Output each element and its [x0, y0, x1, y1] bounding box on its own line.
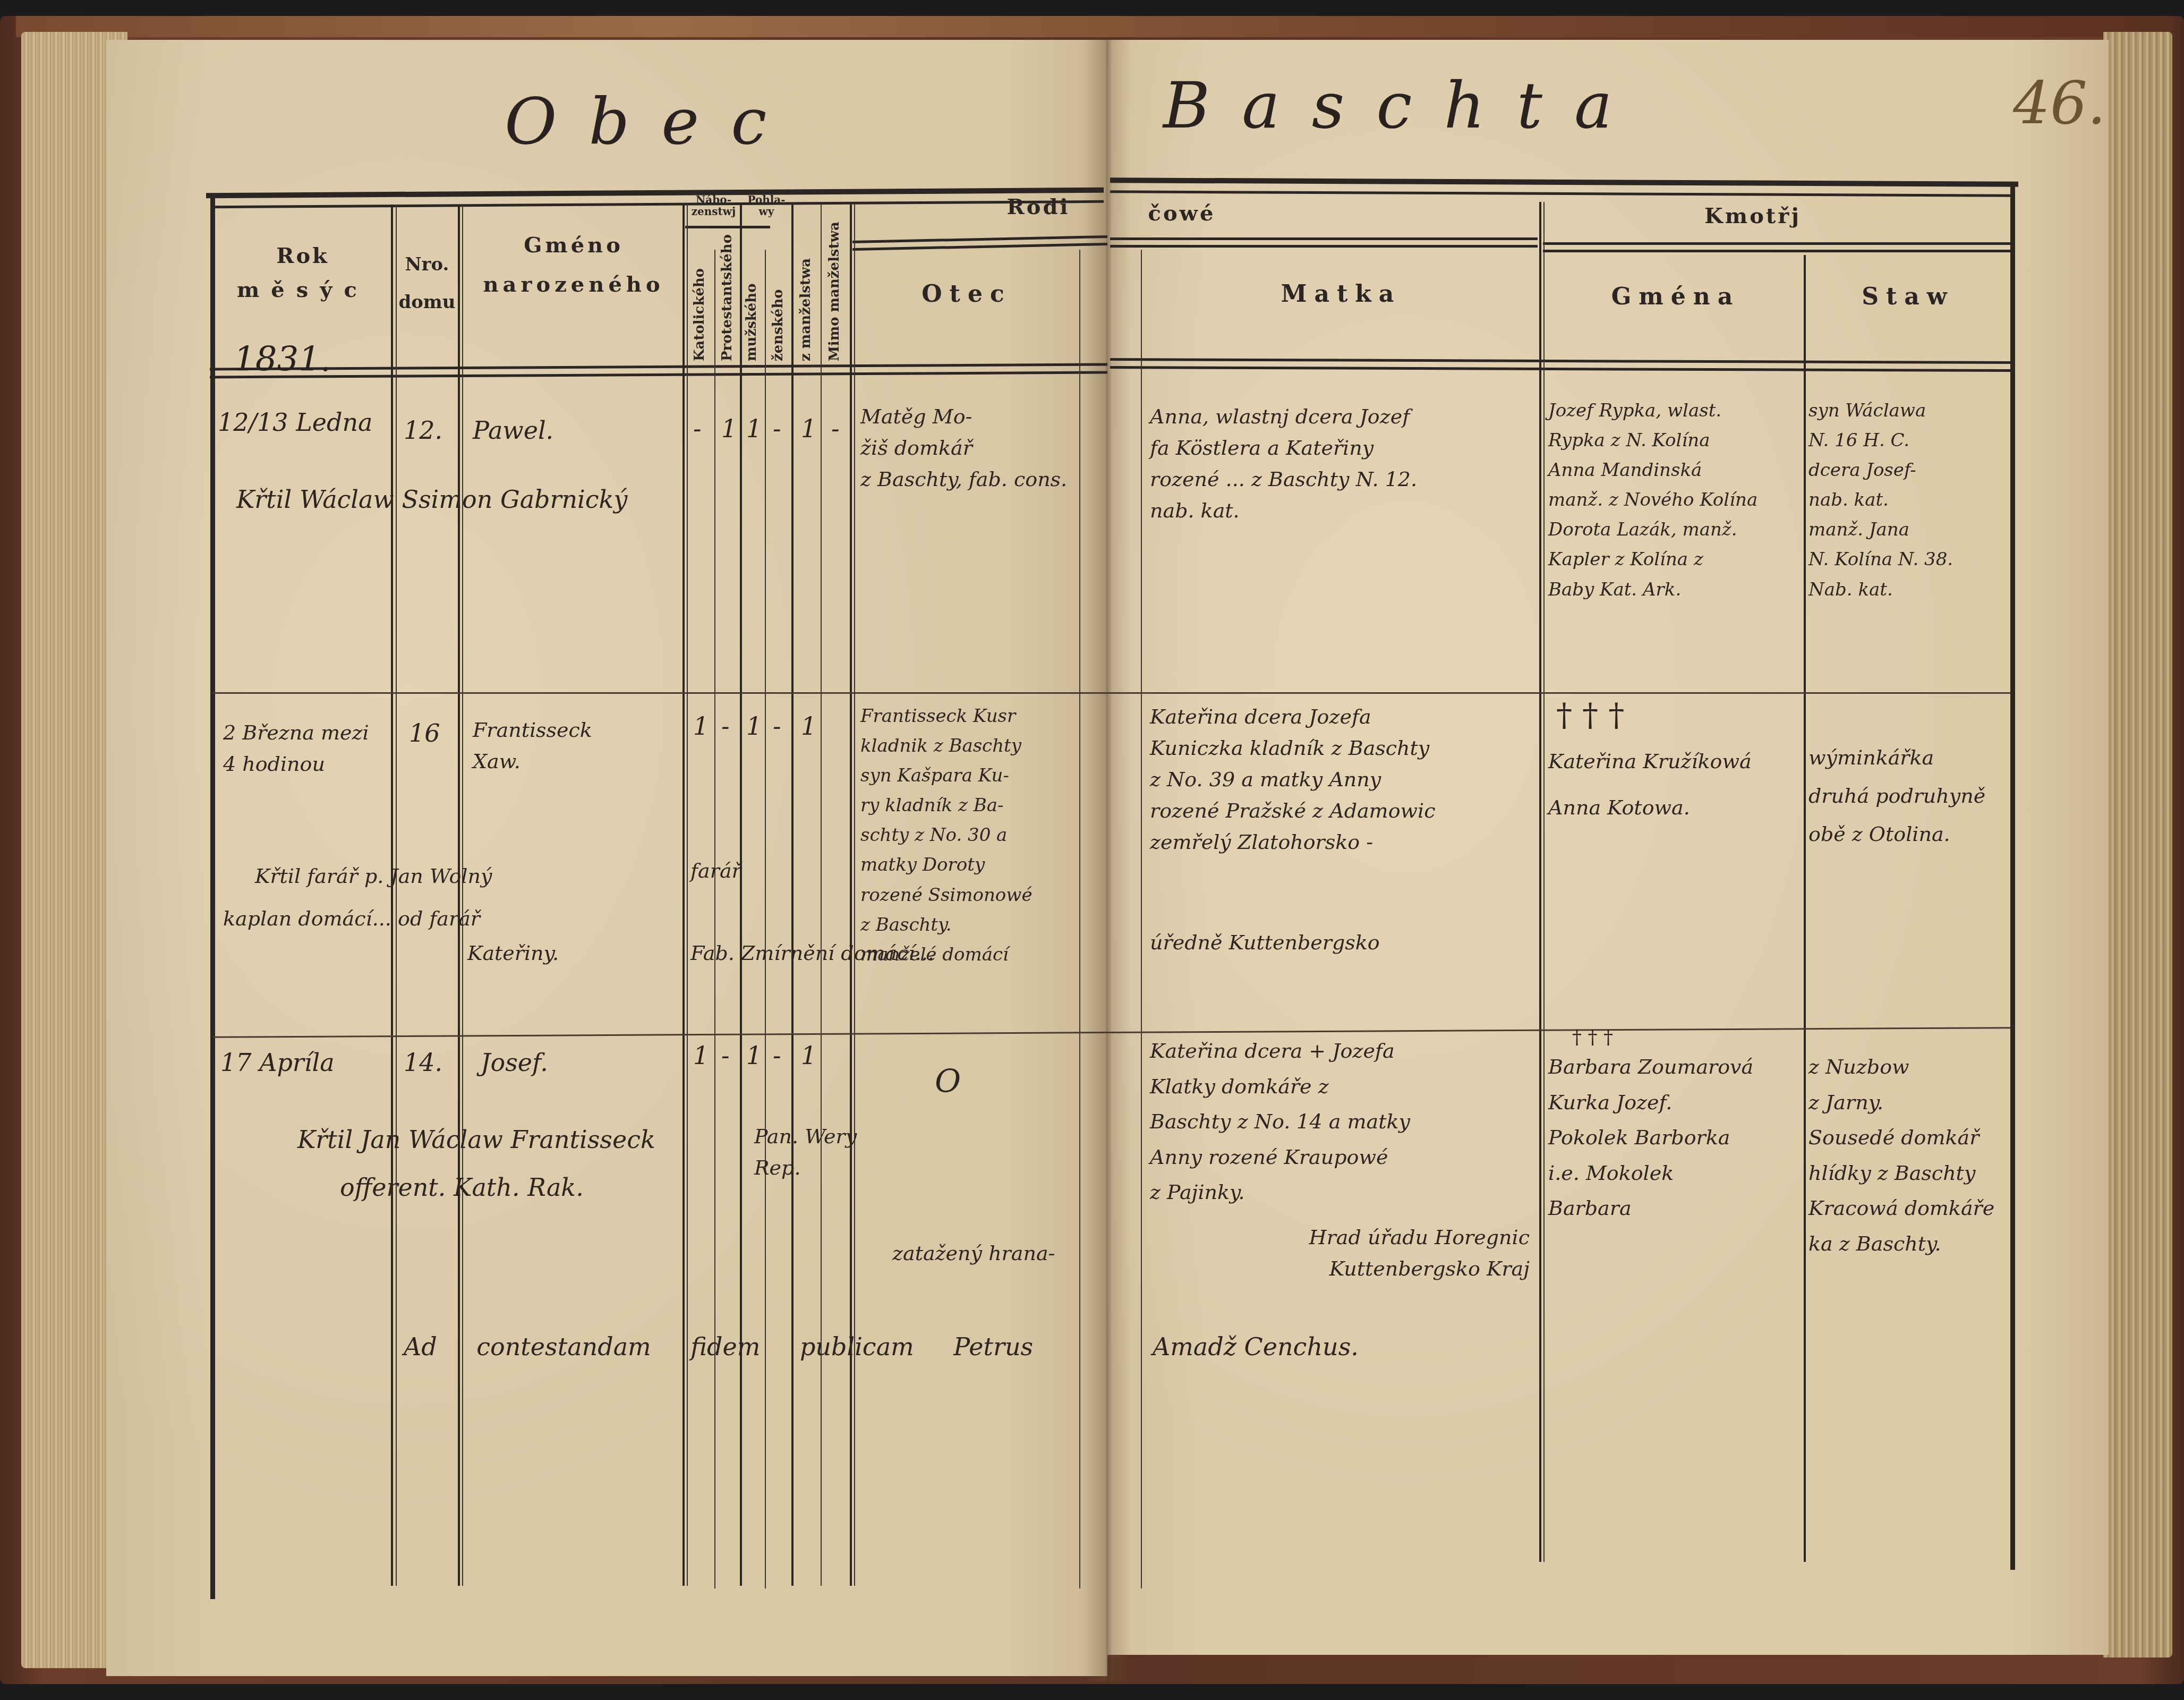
entry-3-mark-zenskeho: -	[773, 1041, 781, 1070]
header-katolickeho: Katolického	[692, 268, 707, 361]
nabozenstwi-sub-line	[685, 226, 770, 228]
header-protestantskeho: Protestantského	[719, 234, 735, 361]
col-sep-muz-zen	[765, 250, 766, 1588]
entry-1-mark-zenskeho: -	[773, 414, 781, 443]
entry-1-date: 12/13 Ledna	[218, 404, 372, 441]
book-gutter	[1084, 40, 1131, 1681]
col-sep-matka-gmena-2	[1543, 202, 1545, 1562]
entry-3-matka-note: Hrad úřadu Horegnic Kuttenbergsko Kraj	[1168, 1222, 1530, 1285]
entry-1-matka: Anna, wlastnj dcera Jozef fa Köstlera a …	[1150, 401, 1532, 526]
entry-3-matka: Kateřina dcera + Jozefa Klatky domkáře z…	[1150, 1033, 1532, 1210]
entry-2-date: 2 Března mezi 4 hodinou	[223, 717, 388, 780]
header-zenskeho: ženského	[770, 289, 786, 361]
col-sep-pohl-manz	[791, 205, 794, 1586]
entry-1-name: Pawel.	[473, 412, 553, 449]
page-stack-right	[2103, 32, 2172, 1657]
entry-2-otec: Frantisseck Kusr kladnik z Baschty syn K…	[860, 701, 1078, 970]
col-sep-manz-mimo	[821, 205, 822, 1586]
entry-2-mark-katolickeho: 1	[693, 712, 709, 741]
entry-3-name: Josef.	[481, 1044, 548, 1082]
entry-1-house-no: 12.	[404, 412, 442, 449]
kmotri-sub-line-2	[1543, 250, 2010, 252]
header-rok: Rok měsýc	[223, 244, 382, 302]
entry-2-baptism-note-a: Křtil farář p. Jan Wolný	[255, 861, 680, 892]
matka-left-line	[1141, 250, 1142, 1588]
entry-2-mark-protestantskeho: -	[721, 712, 730, 741]
entry-3-otec: O	[935, 1057, 961, 1107]
entry-3-crosses: † † †	[1572, 1023, 1613, 1052]
entry-2-name: Frantisseck Xaw.	[473, 715, 675, 777]
header-nro: Nro. domu	[397, 255, 457, 313]
entry-3-mark-katolickeho: 1	[693, 1041, 709, 1070]
col-sep-marks-otec	[850, 205, 852, 1586]
entry-2-house-no: 16	[409, 715, 440, 752]
entry-3-kmotri-gmena: Barbara Zoumarová Kurka Jozef. Pokolek B…	[1548, 1049, 1803, 1226]
page-number: 46.	[2013, 69, 2106, 137]
year-1831: 1831.	[234, 340, 331, 379]
entry-3-mark-muzskeho: 1	[746, 1041, 762, 1070]
title-village: Baschta	[1163, 69, 1644, 143]
attestation-right: Amadž Cenchus.	[1153, 1328, 1359, 1366]
header-gmeno-line2: narozeného	[467, 273, 680, 296]
header-matka: Matka	[1147, 282, 1535, 307]
header-rodicowe-b: čowé	[1147, 202, 1216, 225]
header-nabozenstwi: Nábo-zenstwj	[688, 194, 739, 217]
entry-2-matka-note: úředně Kuttenbergsko	[1150, 927, 1532, 958]
row-separator-1	[212, 692, 2010, 694]
header-rok-line1: Rok	[223, 244, 382, 268]
entry-2-side-note-a: farář	[690, 855, 741, 887]
header-rok-line2: měsýc	[223, 278, 382, 302]
entry-1-mark-z-manzelstwa: 1	[801, 414, 816, 443]
entry-3-baptism-note-b: offerent. Kath. Rak.	[340, 1169, 584, 1206]
entry-2-baptism-note-c: Kateřiny.	[467, 938, 559, 969]
entry-3-baptism-note-a: Křtil Jan Wáclaw Frantisseck	[297, 1121, 775, 1159]
entry-3-kmotri-staw: z Nuzbow z Jarny. Sousedé domkář hlídky …	[1808, 1049, 2008, 1261]
entry-1-kmotri-staw: syn Wáclawa N. 16 H. C. dcera Josef- nab…	[1808, 396, 2008, 605]
entry-3-mark-protestantskeho: -	[721, 1041, 730, 1070]
rodicowe-sub-line-right	[1110, 237, 1538, 240]
entry-3-house-no: 14.	[404, 1044, 442, 1082]
otec-right-line	[1079, 250, 1080, 1588]
header-gmeno-line1: Gméno	[467, 234, 680, 257]
table-right-border	[2010, 183, 2015, 1570]
header-nro-line2: domu	[397, 293, 457, 312]
entry-1-kmotri-gmena: Jozef Rypka, wlast. Rypka z N. Kolína An…	[1548, 396, 1803, 605]
entry-2-baptism-note-b: kaplan domácí... od farář	[223, 903, 690, 934]
col-sep-katol-prot	[714, 250, 715, 1588]
col-sep-nro-gmeno	[458, 205, 460, 1586]
header-gmena: Gména	[1548, 284, 1803, 310]
rodicowe-sub-line-right-2	[1110, 245, 1538, 248]
entry-2-matka: Kateřina dcera Jozefa Kuniczka kladník z…	[1150, 701, 1532, 857]
entry-2-kmotri-staw: wýminkářka druhá podruhyně obě z Otolina…	[1808, 738, 2008, 854]
col-sep-rok-nro-2	[396, 205, 397, 1586]
col-sep-marks-otec-2	[854, 205, 855, 1586]
entry-1-mark-muzskeho: 1	[746, 414, 762, 443]
col-sep-gmena-staw	[1804, 255, 1806, 1562]
table-left-border	[210, 197, 215, 1599]
header-nro-line1: Nro.	[397, 255, 457, 275]
header-kmotri: Kmotřj	[1700, 205, 1806, 228]
entry-3-mark-z-manzelstwa: 1	[801, 1041, 816, 1070]
entry-3-side-note: Pan. Wery Rep.	[754, 1121, 860, 1184]
entry-3-date: 17 Apríla	[220, 1044, 335, 1082]
entry-3-otec-note: zatažený hrana-	[892, 1238, 1084, 1269]
entry-1-baptism-note: Křtil Wáclaw Ssimon Gabrnický	[236, 481, 874, 518]
col-sep-rok-nro	[391, 205, 393, 1586]
col-sep-gmeno-marks	[682, 205, 685, 1586]
header-mimo-manzelstwa: Mimo manželstwa	[826, 222, 842, 361]
entry-1-mark-mimo-manzelstwa: -	[831, 414, 840, 443]
entry-2-mark-muzskeho: 1	[746, 712, 762, 741]
entry-1-mark-katolickeho: -	[693, 414, 702, 443]
entry-1-otec: Matěg Mo- žiš domkář z Baschty, fab. con…	[860, 401, 1078, 495]
entry-2-kmotri-gmena: Kateřina Kružíkowá Anna Kotowa.	[1548, 738, 1803, 831]
col-sep-nro-gmeno-2	[462, 205, 463, 1586]
col-sep-gmeno-marks-2	[687, 205, 688, 1586]
entry-2-crosses: † † †	[1556, 691, 1624, 740]
header-staw: Staw	[1808, 284, 2008, 310]
kmotri-sub-line	[1543, 242, 2010, 245]
header-pohlawj: Pohla-wy	[743, 194, 790, 217]
header-rodicowe-a: Rodi	[999, 195, 1078, 219]
col-sep-matka-gmena	[1539, 202, 1541, 1562]
header-gmeno: Gméno narozeného	[467, 234, 680, 296]
entry-2-mark-z-manzelstwa: 1	[801, 712, 816, 741]
header-z-manzelstwa: z manželstwa	[798, 258, 814, 361]
col-sep-nab-pohl	[740, 205, 742, 1586]
entry-2-mark-zenskeho: -	[773, 712, 781, 741]
header-otec: Otec	[860, 282, 1073, 307]
cover-top-edge	[16, 16, 2172, 37]
entry-1-mark-protestantskeho: 1	[721, 414, 737, 443]
attestation-left: Ad contestandam fidem publicam Petrus	[404, 1328, 1094, 1366]
header-muzskeho: mužského	[744, 283, 760, 361]
title-obec: Obec	[505, 85, 798, 159]
